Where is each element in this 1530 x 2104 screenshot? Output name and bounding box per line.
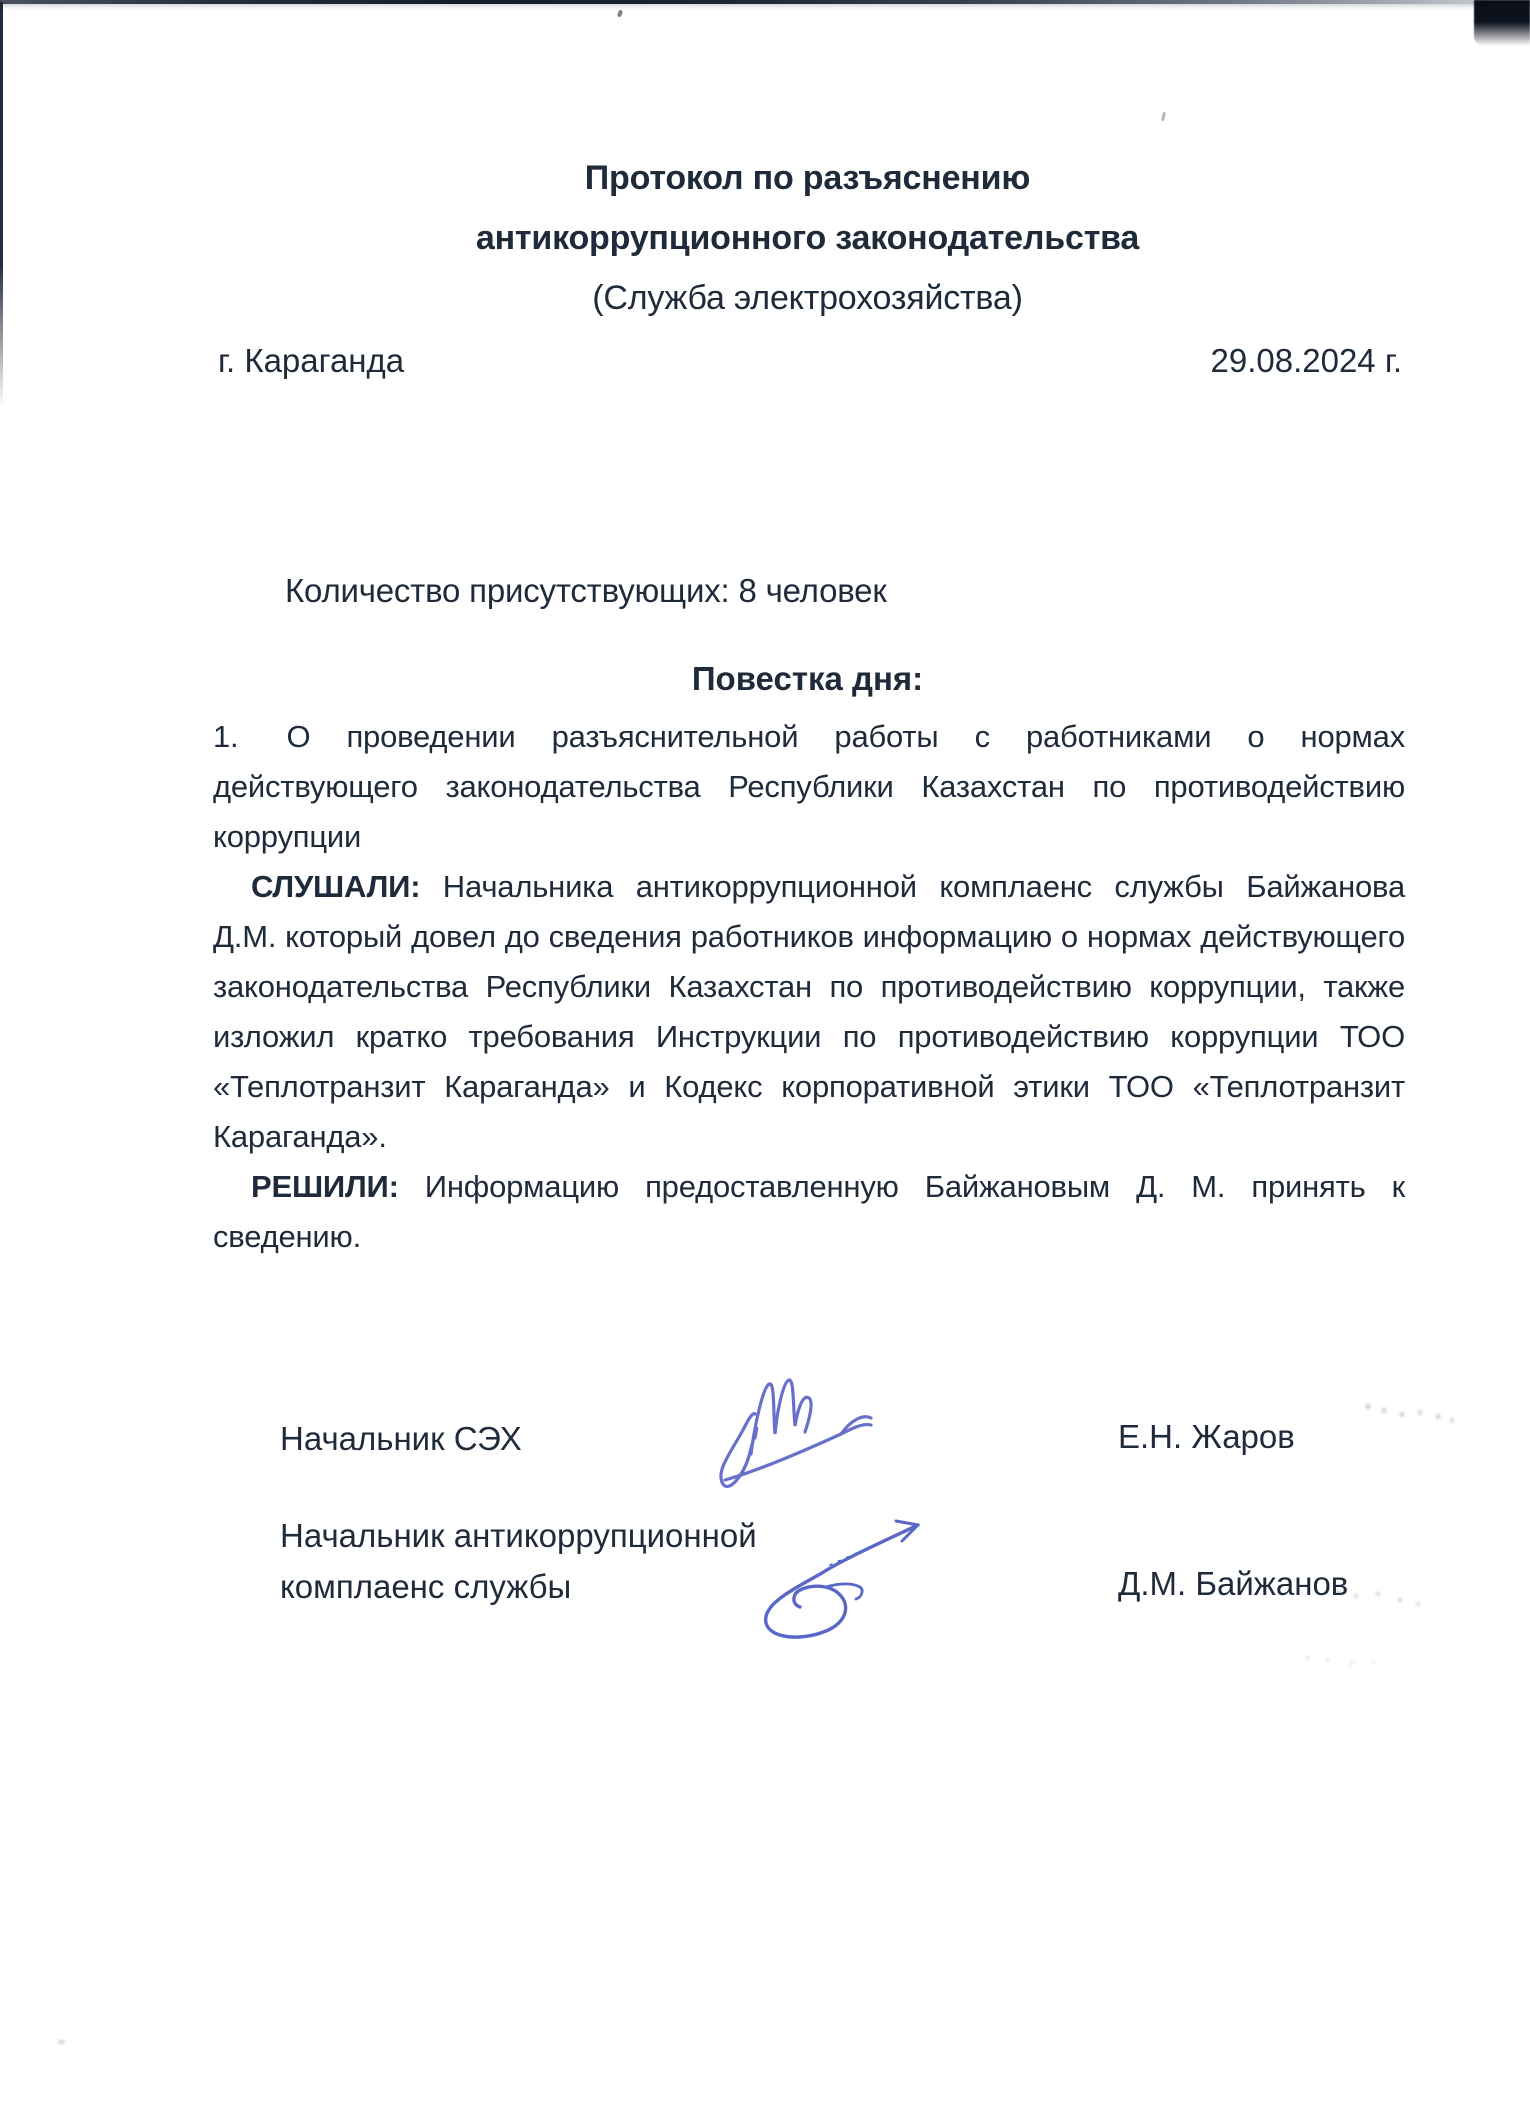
scan-smudge (58, 2040, 65, 2044)
scanned-document-page: Протокол по разъяснению антикоррупционно… (0, 0, 1530, 2104)
agenda-item-text: О проведении разъяснительной работы с ра… (213, 719, 1405, 854)
scan-artifact-left-edge (0, 2, 3, 407)
signature-1-name: Е.Н. Жаров (1118, 1418, 1295, 1456)
scan-smudge (1161, 112, 1166, 121)
scan-artifact-top-edge (0, 0, 1530, 4)
resolved-label: РЕШИЛИ: (251, 1169, 399, 1204)
agenda-heading: Повестка дня: (215, 660, 1400, 698)
heard-label: СЛУШАЛИ: (251, 869, 420, 904)
signature-2-name: Д.М. Байжанов (1118, 1565, 1348, 1603)
signature-2-position-line1: Начальник антикоррупционной (280, 1510, 757, 1561)
agenda-item-1: 1.О проведении разъяснительной работы с … (213, 712, 1405, 862)
city-label: г. Караганда (218, 342, 404, 380)
document-title-block: Протокол по разъяснению антикоррупционно… (215, 148, 1400, 328)
title-line-2: антикоррупционного законодательства (215, 208, 1400, 268)
scan-ghost-marks (1306, 1656, 1309, 1659)
title-line-1: Протокол по разъяснению (215, 148, 1400, 208)
agenda-item-number: 1. (213, 719, 286, 754)
scan-artifact-corner-mark (1474, 0, 1530, 46)
signature-ink-baizhanov (730, 1513, 945, 1653)
signature-2-position: Начальник антикоррупционной комплаенс сл… (280, 1510, 757, 1612)
title-line-3-subtitle: (Служба электрохозяйства) (215, 268, 1400, 328)
signature-2-position-line2: комплаенс службы (280, 1561, 757, 1612)
scan-ghost-marks (1366, 1404, 1370, 1409)
dateline: г. Караганда 29.08.2024 г. (218, 342, 1402, 380)
heard-text: Начальника антикоррупционной комплаенс с… (213, 869, 1405, 1154)
date-label: 29.08.2024 г. (1210, 342, 1402, 380)
resolved-paragraph: РЕШИЛИ: Информацию предоставленную Байжа… (213, 1162, 1405, 1262)
signature-ink-zharov (695, 1368, 895, 1503)
heard-paragraph: СЛУШАЛИ: Начальника антикоррупционной ко… (213, 862, 1405, 1162)
scan-smudge (617, 10, 623, 18)
attendees-count-line: Количество присутствующих: 8 человек (285, 572, 887, 610)
signature-1-position: Начальник СЭХ (280, 1420, 522, 1458)
document-body: 1.О проведении разъяснительной работы с … (213, 712, 1405, 1262)
